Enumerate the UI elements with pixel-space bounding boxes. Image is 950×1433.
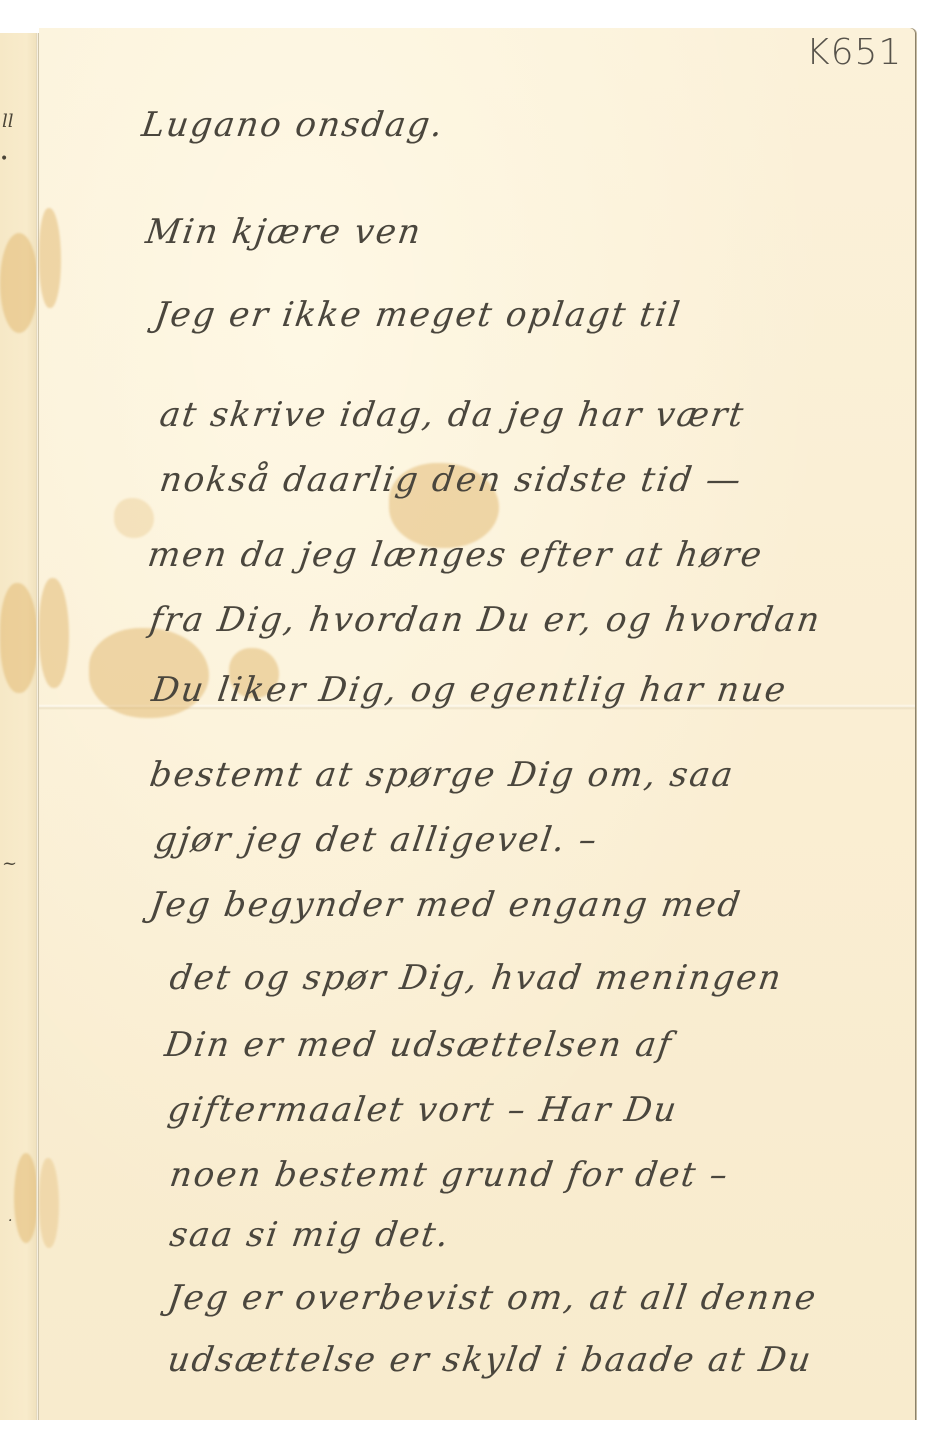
letter-line: giftermaalet vort – Har Du	[165, 1090, 680, 1130]
letter-line: at skrive idag, da jeg har vært	[157, 395, 747, 435]
letter-line: udsættelse er skyld i baade at Du	[165, 1340, 815, 1380]
letter-line: nokså daarlig den sidste tid —	[157, 460, 745, 500]
letter-line: Du liker Dig, og egentlig har nue	[149, 670, 790, 710]
letter-line: Din er med udsættelsen af	[162, 1025, 675, 1065]
letter-text: Lugano onsdag. Min kjære ven Jeg er ikke…	[0, 0, 950, 1433]
letter-line: saa si mig det.	[167, 1215, 453, 1255]
letter-line: gjør jeg det alligevel. –	[152, 820, 601, 860]
place-date: Lugano onsdag.	[139, 105, 447, 145]
letter-line: Jeg begynder med engang med	[147, 885, 744, 925]
letter-line: noen bestemt grund for det –	[167, 1155, 732, 1195]
letter-line: Jeg er overbevist om, at all denne	[165, 1278, 820, 1318]
letter-line: bestemt at spørge Dig om, saa	[147, 755, 737, 795]
letter-line: Jeg er ikke meget oplagt til	[152, 295, 684, 335]
letter-line: men da jeg længes efter at høre	[145, 535, 766, 575]
letter-line: fra Dig, hvordan Du er, og hvordan	[147, 600, 824, 640]
letter-line: det og spør Dig, hvad meningen	[167, 958, 785, 998]
salutation: Min kjære ven	[143, 212, 425, 252]
